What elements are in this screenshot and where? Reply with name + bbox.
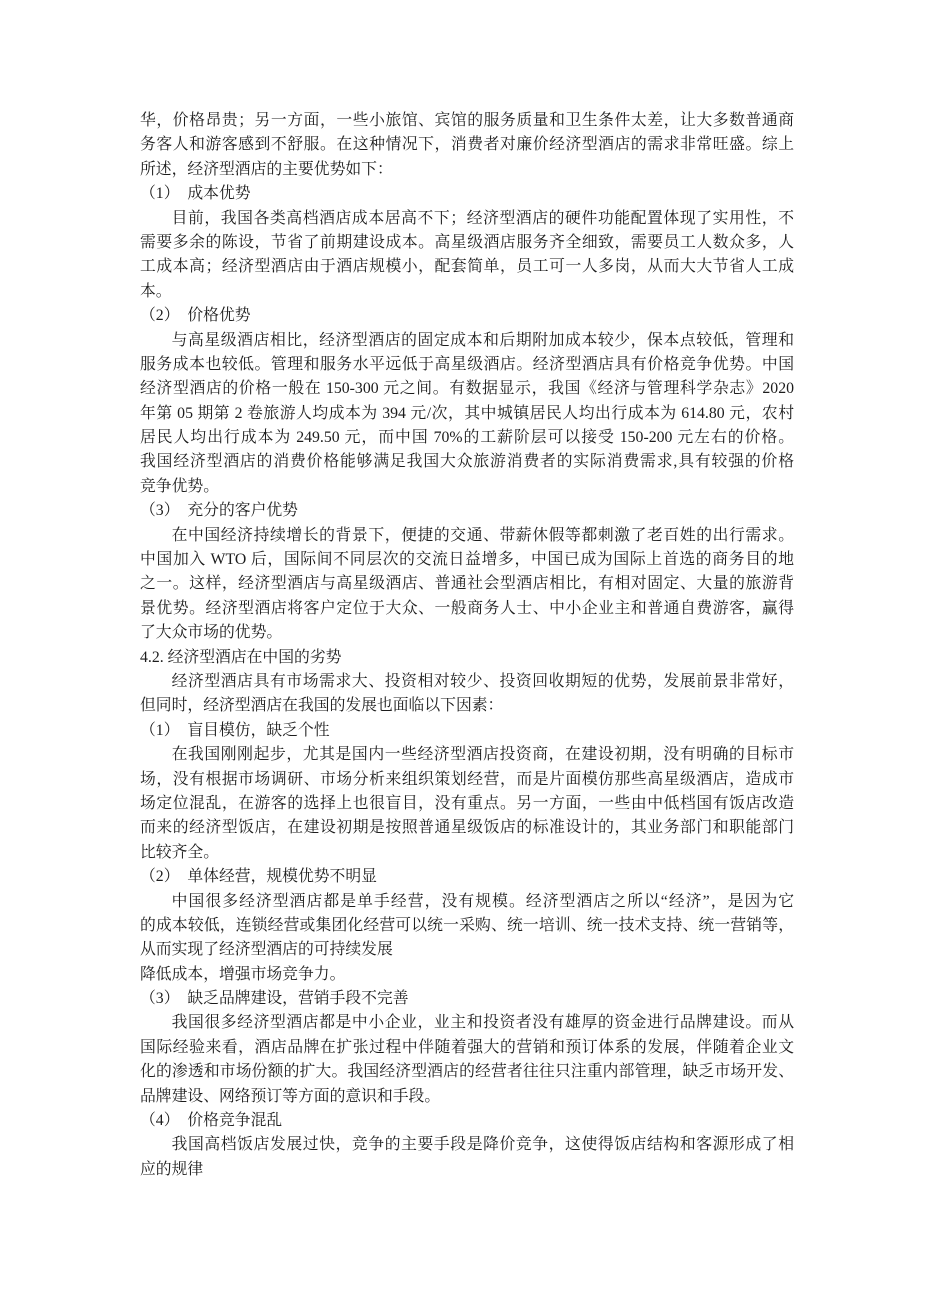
text-line: 比较齐全。 — [140, 841, 794, 865]
heading-line: （3） 充分的客户优势 — [140, 499, 794, 523]
text-line: 化的渗透和市场份额的扩大。我国经济型酒店的经营者往往只注重内部管理，缺乏市场开发… — [140, 1060, 794, 1084]
text-line: 经济型酒店具有市场需求大、投资相对较少、投资回收期短的优势，发展前景非常好， — [140, 670, 794, 694]
text-line: 需要多余的陈设，节省了前期建设成本。高星级酒店服务齐全细致，需要员工人数众多，人 — [140, 231, 794, 255]
heading-line: （4） 价格竞争混乱 — [140, 1109, 794, 1133]
text-line: 与高星级酒店相比，经济型酒店的固定成本和后期附加成本较少，保本点较低，管理和 — [140, 329, 794, 353]
text-line: 年第 05 期第 2 卷旅游人均成本为 394 元/次，其中城镇居民人均出行成本… — [140, 402, 794, 426]
text-line: 从而实现了经济型酒店的可持续发展 — [140, 938, 794, 962]
text-line: 在我国刚刚起步，尤其是国内一些经济型酒店投资商，在建设初期，没有明确的目标市 — [140, 743, 794, 767]
text-line: 本。 — [140, 280, 794, 304]
text-line: 景优势。经济型酒店将客户定位于大众、一般商务人士、中小企业主和普通自费游客，赢得 — [140, 597, 794, 621]
text-line: 华，价格昂贵；另一方面，一些小旅馆、宾馆的服务质量和卫生条件太差，让大多数普通商 — [140, 109, 794, 133]
text-line: 场定位混乱，在游客的选择上也很盲目，没有重点。另一方面，一些由中低档国有饭店改造 — [140, 792, 794, 816]
text-line: 中国很多经济型酒店都是单手经营，没有规模。经济型酒店之所以“经济”，是因为它 — [140, 890, 794, 914]
text-line: 中国加入 WTO 后，国际间不同层次的交流日益增多，中国已成为国际上首选的商务目… — [140, 548, 794, 572]
text-line: 竞争优势。 — [140, 475, 794, 499]
text-line: 我国经济型酒店的消费价格能够满足我国大众旅游消费者的实际消费需求,具有较强的价格 — [140, 450, 794, 474]
text-line: 我国高档饭店发展过快，竞争的主要手段是降价竞争，这使得饭店结构和客源形成了相 — [140, 1133, 794, 1157]
text-line: 工成本高；经济型酒店由于酒店规模小，配套简单，员工可一人多岗，从而大大节省人工成 — [140, 255, 794, 279]
text-line: 但同时，经济型酒店在我国的发展也面临以下因素： — [140, 694, 794, 718]
text-line: 的成本较低，连锁经营或集团化经营可以统一采购、统一培训、统一技术支持、统一营销等… — [140, 914, 794, 938]
text-line: 而来的经济型饭店，在建设初期是按照普通星级饭店的标准设计的，其业务部门和职能部门 — [140, 816, 794, 840]
section-heading: 4.2. 经济型酒店在中国的劣势 — [140, 646, 794, 670]
text-line: 应的规律 — [140, 1158, 794, 1182]
text-line: 务客人和游客感到不舒服。在这种情况下，消费者对廉价经济型酒店的需求非常旺盛。综上 — [140, 133, 794, 157]
text-line: 场，没有根据市场调研、市场分析来组织策划经营，而是片面模仿那些高星级酒店，造成市 — [140, 768, 794, 792]
text-line: 我国很多经济型酒店都是中小企业，业主和投资者没有雄厚的资金进行品牌建设。而从 — [140, 1011, 794, 1035]
text-line: 国际经验来看，酒店品牌在扩张过程中伴随着强大的营销和预订体系的发展，伴随着企业文 — [140, 1036, 794, 1060]
text-line: 降低成本，增强市场竞争力。 — [140, 963, 794, 987]
text-line: 居民人均出行成本为 249.50 元，而中国 70%的工薪阶层可以接受 150-… — [140, 426, 794, 450]
text-line: 了大众市场的优势。 — [140, 621, 794, 645]
text-line: 之一。这样，经济型酒店与高星级酒店、普通社会型酒店相比，有相对固定、大量的旅游背 — [140, 572, 794, 596]
text-line: 所述，经济型酒店的主要优势如下： — [140, 158, 794, 182]
text-line: 服务成本也较低。管理和服务水平远低于高星级酒店。经济型酒店具有价格竞争优势。中国 — [140, 353, 794, 377]
heading-line: （1） 盲目模仿，缺乏个性 — [140, 719, 794, 743]
document-page: 华，价格昂贵；另一方面，一些小旅馆、宾馆的服务质量和卫生条件太差，让大多数普通商… — [140, 109, 794, 1182]
text-line: 品牌建设、网络预订等方面的意识和手段。 — [140, 1085, 794, 1109]
text-line: 在中国经济持续增长的背景下，便捷的交通、带薪休假等都刺激了老百姓的出行需求。 — [140, 524, 794, 548]
text-line: 经济型酒店的价格一般在 150-300 元之间。有数据显示，我国《经济与管理科学… — [140, 377, 794, 401]
heading-line: （1） 成本优势 — [140, 182, 794, 206]
text-line: 目前，我国各类高档酒店成本居高不下；经济型酒店的硬件功能配置体现了实用性，不 — [140, 207, 794, 231]
heading-line: （3） 缺乏品牌建设，营销手段不完善 — [140, 987, 794, 1011]
heading-line: （2） 单体经营，规模优势不明显 — [140, 865, 794, 889]
heading-line: （2） 价格优势 — [140, 304, 794, 328]
